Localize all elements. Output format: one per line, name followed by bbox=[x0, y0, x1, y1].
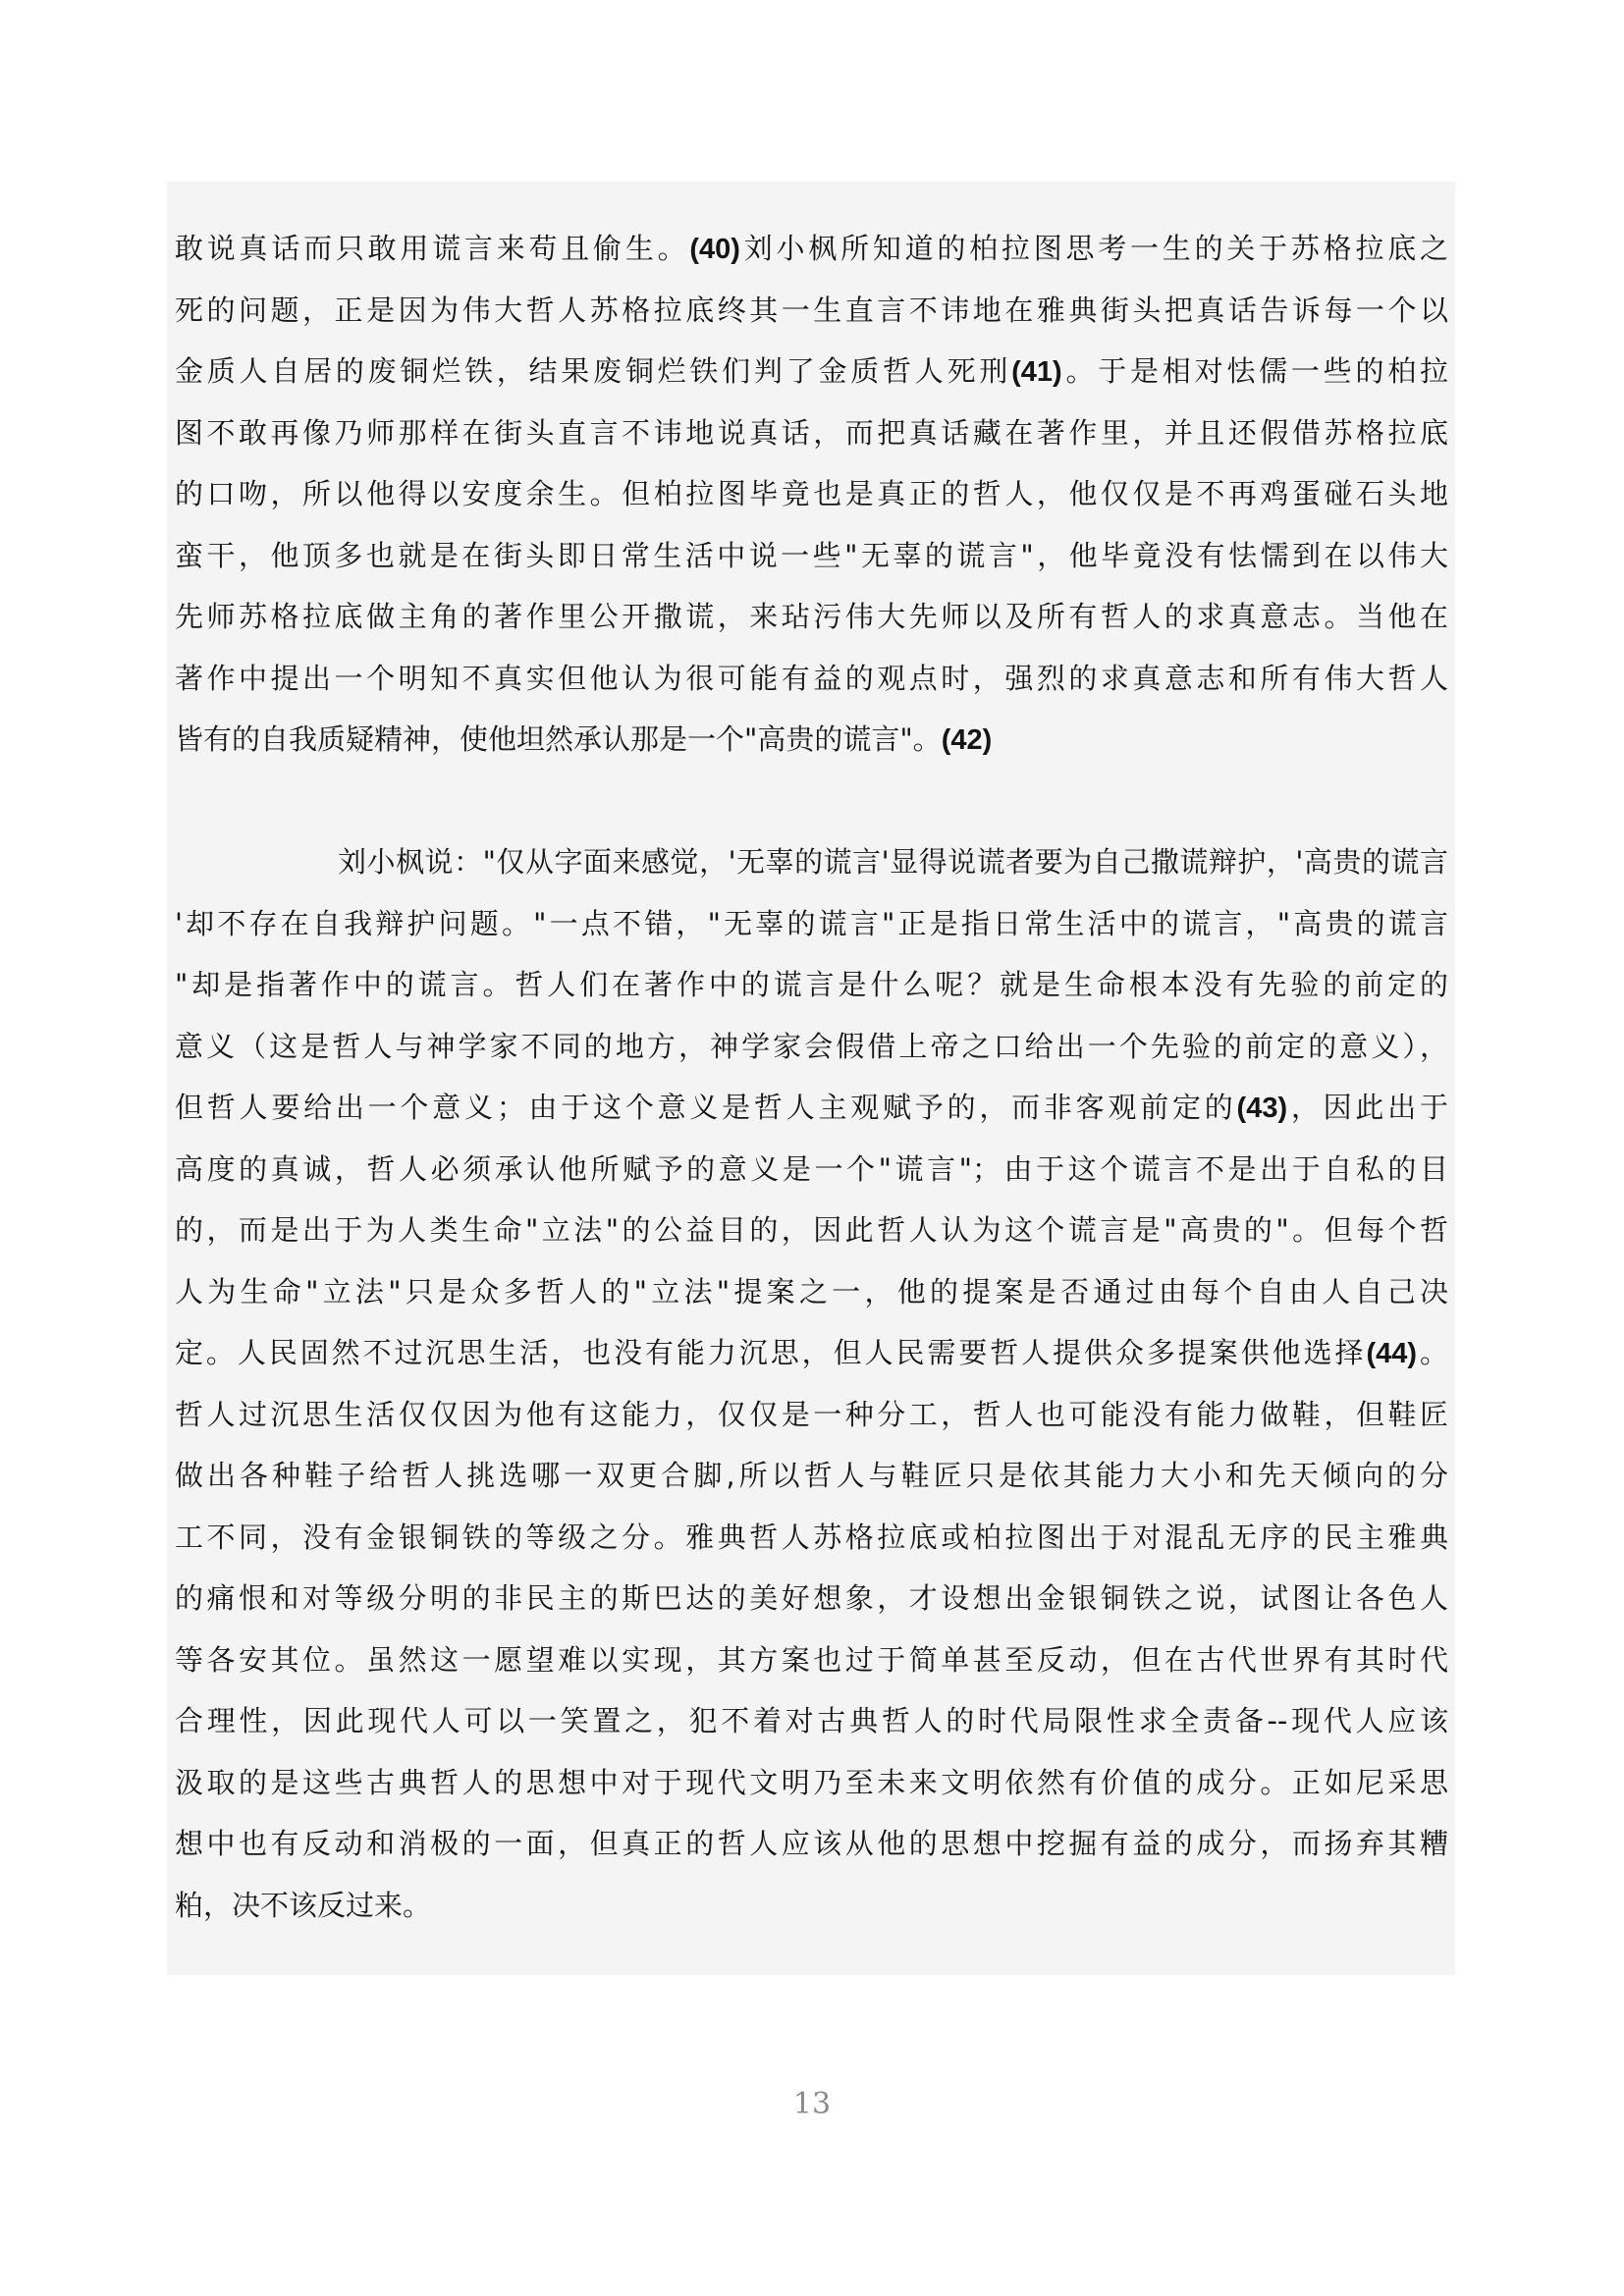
footnote-ref: (43) bbox=[1237, 1093, 1288, 1124]
footnote-ref: (41) bbox=[1011, 356, 1062, 388]
text-line: 汲取的是这些古典哲人的思想中对于现代文明乃至未来文明依然有价值的成分。正如尼采思 bbox=[175, 1752, 1448, 1814]
text-line: 等各安其位。虽然这一愿望难以实现，其方案也过于简单甚至反动，但在古代世界有其时代 bbox=[175, 1629, 1448, 1691]
footnote-ref: (42) bbox=[942, 724, 993, 756]
text-line: 图不敢再像乃师那样在街头直言不讳地说真话，而把真话藏在著作里，并且还假借苏格拉底 bbox=[175, 402, 1448, 464]
text-line: 著作中提出一个明知不真实但他认为很可能有益的观点时，强烈的求真意志和所有伟大哲人 bbox=[175, 648, 1448, 710]
text-line: 的口吻，所以他得以安度余生。但柏拉图毕竟也是真正的哲人，他仅仅是不再鸡蛋碰石头地 bbox=[175, 463, 1448, 525]
text-line: 想中也有反动和消极的一面，但真正的哲人应该从他的思想中挖掘有益的成分，而扬弃其糟 bbox=[175, 1813, 1448, 1875]
text-line: 但哲人要给出一个意义；由于这个意义是哲人主观赋予的，而非客观前定的(43)，因此… bbox=[175, 1077, 1448, 1139]
paragraph: 敢说真话而只敢用谎言来苟且偷生。(40)刘小枫所知道的柏拉图思考一生的关于苏格拉… bbox=[175, 218, 1448, 771]
text-line: 定。人民固然不过沉思生活，也没有能力沉思，但人民需要哲人提供众多提案供他选择(4… bbox=[175, 1322, 1448, 1384]
text-line: '却不存在自我辩护问题。"一点不错，"无辜的谎言"正是指日常生活中的谎言，"高贵… bbox=[175, 893, 1448, 955]
footnote-ref: (40) bbox=[689, 234, 740, 265]
text-line: 工不同，没有金银铜铁的等级之分。雅典哲人苏格拉底或柏拉图出于对混乱无序的民主雅典 bbox=[175, 1507, 1448, 1569]
text-block: 敢说真话而只敢用谎言来苟且偷生。(40)刘小枫所知道的柏拉图思考一生的关于苏格拉… bbox=[167, 182, 1455, 1975]
text-line: 蛮干，他顶多也就是在街头即日常生活中说一些"无辜的谎言"，他毕竟没有怯懦到在以伟… bbox=[175, 525, 1448, 587]
text-line: 敢说真话而只敢用谎言来苟且偷生。(40)刘小枫所知道的柏拉图思考一生的关于苏格拉… bbox=[175, 218, 1448, 280]
text-line: 高度的真诚，哲人必须承认他所赋予的意义是一个"谎言"；由于这个谎言不是出于自私的… bbox=[175, 1139, 1448, 1201]
text-line: "却是指著作中的谎言。哲人们在著作中的谎言是什么呢？就是生命根本没有先验的前定的 bbox=[175, 954, 1448, 1016]
text-line: 死的问题，正是因为伟大哲人苏格拉底终其一生直言不讳地在雅典街头把真话告诉每一个以 bbox=[175, 280, 1448, 342]
page-number: 13 bbox=[0, 2085, 1624, 2124]
text-line: 人为生命"立法"只是众多哲人的"立法"提案之一，他的提案是否通过由每个自由人自己… bbox=[175, 1261, 1448, 1323]
text-line: 粕，决不该反过来。 bbox=[175, 1875, 1448, 1937]
text-line: 先师苏格拉底做主角的著作里公开撒谎，来玷污伟大先师以及所有哲人的求真意志。当他在 bbox=[175, 586, 1448, 648]
text-line: 刘小枫说："仅从字面来感觉，'无辜的谎言'显得说谎者要为自己撒谎辩护，'高贵的谎… bbox=[175, 831, 1448, 893]
footnote-ref: (44) bbox=[1366, 1338, 1417, 1369]
text-line: 金质人自居的废铜烂铁，结果废铜烂铁们判了金质哲人死刑(41)。于是相对怯儒一些的… bbox=[175, 341, 1448, 402]
text-line: 意义（这是哲人与神学家不同的地方，神学家会假借上帝之口给出一个先验的前定的意义）… bbox=[175, 1016, 1448, 1078]
text-line: 的，而是出于为人类生命"立法"的公益目的，因此哲人认为这个谎言是"高贵的"。但每… bbox=[175, 1200, 1448, 1261]
paragraph: 刘小枫说："仅从字面来感觉，'无辜的谎言'显得说谎者要为自己撒谎辩护，'高贵的谎… bbox=[175, 831, 1448, 1936]
text-line: 皆有的自我质疑精神，使他坦然承认那是一个"高贵的谎言"。(42) bbox=[175, 709, 1448, 771]
text-line: 哲人过沉思生活仅仅因为他有这能力，仅仅是一种分工，哲人也可能没有能力做鞋，但鞋匠 bbox=[175, 1384, 1448, 1446]
text-line: 的痛恨和对等级分明的非民主的斯巴达的美好想象，才设想出金银铜铁之说，试图让各色人 bbox=[175, 1568, 1448, 1629]
document-page: 敢说真话而只敢用谎言来苟且偷生。(40)刘小枫所知道的柏拉图思考一生的关于苏格拉… bbox=[0, 0, 1624, 2296]
text-line: 做出各种鞋子给哲人挑选哪一双更合脚,所以哲人与鞋匠只是依其能力大小和先天倾向的分 bbox=[175, 1445, 1448, 1507]
text-line: 合理性，因此现代人可以一笑置之，犯不着对古典哲人的时代局限性求全责备--现代人应… bbox=[175, 1690, 1448, 1752]
